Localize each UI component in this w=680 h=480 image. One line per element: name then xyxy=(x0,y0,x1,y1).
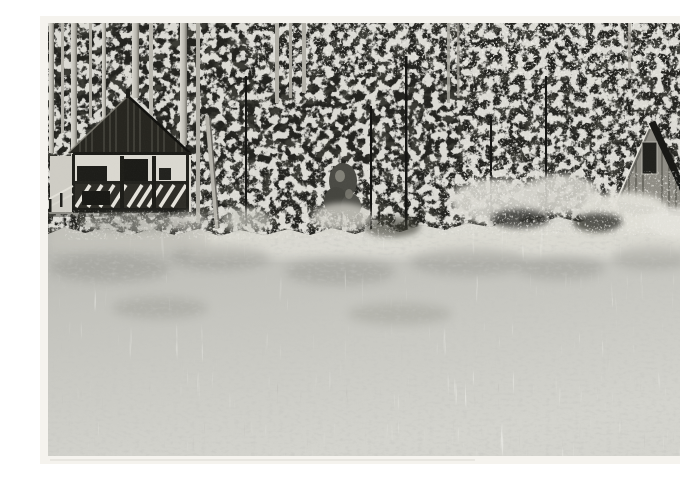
photograph xyxy=(40,16,680,464)
photo-grain xyxy=(48,23,680,456)
photo-canvas xyxy=(40,16,680,464)
photo-content xyxy=(48,23,680,456)
